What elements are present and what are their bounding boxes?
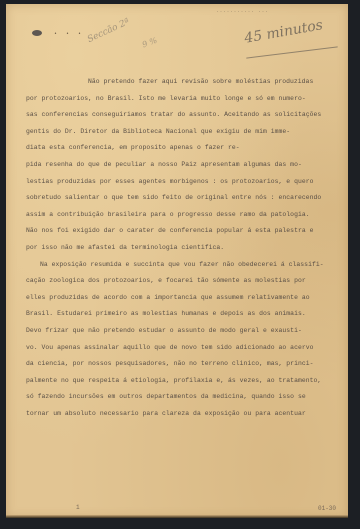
text-line: palmente no que respeita á etiologia, pr… bbox=[26, 373, 338, 390]
text-line: lestias produzidas por esses agentes mor… bbox=[26, 174, 338, 191]
pencil-annotation-section: Seccão 2ª bbox=[86, 17, 131, 45]
pencil-underline bbox=[246, 46, 337, 58]
text-line: cação zoologica dos protozoarios, e foca… bbox=[26, 273, 338, 290]
text-line: por isso não me afastei da terminologia … bbox=[26, 240, 338, 257]
text-line: tornar um absoluto necessario para clare… bbox=[26, 406, 338, 423]
folio-number: 01-30 bbox=[318, 505, 336, 512]
page-number: 1 bbox=[76, 504, 80, 511]
text-line: por protozoarios, no Brasil. Isto me lev… bbox=[26, 91, 338, 108]
text-line: Devo frizar que não pretendo estudar o a… bbox=[26, 323, 338, 340]
text-line: sobretudo salientar o que tem sido feito… bbox=[26, 190, 338, 207]
text-line: Brasil. Estudarei primeiro as molestias … bbox=[26, 306, 338, 323]
punch-marks: • • • bbox=[54, 31, 84, 37]
text-line: Não pretendo fazer aqui revisão sobre mo… bbox=[26, 74, 338, 91]
text-line: gentis do Dr. Diretor da Biblioteca Naci… bbox=[26, 124, 338, 141]
pencil-annotation-number: 9 % bbox=[141, 36, 158, 50]
text-line: só fazendo incursões em outros departame… bbox=[26, 389, 338, 406]
document-page: • • • ........... ... Seccão 2ª 9 % 45 m… bbox=[6, 4, 348, 518]
top-stamp: ........... ... bbox=[216, 8, 269, 14]
text-line: Na exposição resumida e succinta que vou… bbox=[26, 257, 338, 274]
typewritten-body: Não pretendo fazer aqui revisão sobre mo… bbox=[26, 74, 338, 422]
text-line: pida resenha do que de peculiar a nosso … bbox=[26, 157, 338, 174]
text-line: diata esta conferencia, em proposito ape… bbox=[26, 140, 338, 157]
text-line: sas conferencias conseguiriamos tratar d… bbox=[26, 107, 338, 124]
text-line: da ciencia, por nossos pesquisadores, nã… bbox=[26, 356, 338, 373]
text-line: elles produzidas de acordo com a importa… bbox=[26, 290, 338, 307]
text-line: assim a contribuição brasileira para o p… bbox=[26, 207, 338, 224]
pencil-annotation-duration: 45 minutos bbox=[243, 17, 324, 47]
ink-stain bbox=[32, 30, 42, 36]
page-bottom-edge bbox=[6, 515, 348, 518]
text-line: Não nos foi exigido dar o carater de con… bbox=[26, 223, 338, 240]
text-line: vo. Vou apenas assinalar aquillo que de … bbox=[26, 340, 338, 357]
